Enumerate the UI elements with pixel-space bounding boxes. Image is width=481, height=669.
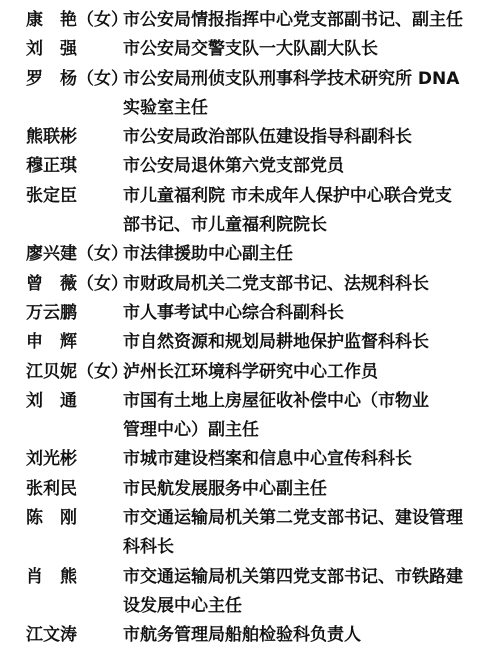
person-name: 张定臣 — [26, 182, 123, 211]
person-name: 江文涛 — [26, 621, 123, 650]
position-line: 市法律援助中心副主任 — [123, 240, 476, 269]
person-position: 市交通运输局机关第二党支部书记、建设管理科科长 — [123, 504, 476, 563]
person-position: 市民航发展服务中心副主任 — [123, 475, 476, 504]
list-item: 廖兴建（女）市法律援助中心副主任 — [26, 240, 476, 269]
position-line: 市航务管理局船舶检验科负责人 — [123, 621, 476, 650]
position-line: 市公安局政治部队伍建设指导科副科长 — [123, 123, 476, 152]
person-name: 熊联彬 — [26, 123, 123, 152]
person-name: 万云鹏 — [26, 299, 123, 328]
list-item: 陈 刚市交通运输局机关第二党支部书记、建设管理科科长 — [26, 504, 476, 563]
list-item: 万云鹏市人事考试中心综合科副科长 — [26, 299, 476, 328]
person-name: 江贝妮（女） — [26, 358, 123, 387]
list-item: 张定臣市儿童福利院 市未成年人保护中心联合党支部书记、市儿童福利院院长 — [26, 182, 476, 241]
person-position: 市财政局机关二党支部书记、法规科科长 — [123, 270, 476, 299]
person-position: 市法律援助中心副主任 — [123, 240, 476, 269]
list-item: 刘 强市公安局交警支队一大队副大队长 — [26, 35, 476, 64]
list-item: 康 艳（女）市公安局情报指挥中心党支部副书记、副主任 — [26, 6, 476, 35]
list-item: 江贝妮（女）泸州长江环境科学研究中心工作员 — [26, 358, 476, 387]
position-line: 市城市建设档案和信息中心宣传科科长 — [123, 445, 476, 474]
person-name: 陈 刚 — [26, 504, 123, 533]
person-position: 市儿童福利院 市未成年人保护中心联合党支部书记、市儿童福利院院长 — [123, 182, 476, 241]
position-line: 市公安局退休第六党支部党员 — [123, 152, 476, 181]
position-line: 实验室主任 — [123, 94, 476, 123]
person-name: 肖 熊 — [26, 563, 123, 592]
person-position: 市公安局退休第六党支部党员 — [123, 152, 476, 181]
person-position: 市人事考试中心综合科副科长 — [123, 299, 476, 328]
position-line: 市交通运输局机关第四党支部书记、市铁路建 — [123, 563, 476, 592]
person-name: 张利民 — [26, 475, 123, 504]
person-name: 罗 杨（女） — [26, 65, 123, 94]
person-name: 刘 强 — [26, 35, 123, 64]
list-item: 刘 通市国有土地上房屋征收补偿中心（市物业管理中心）副主任 — [26, 387, 476, 446]
person-position: 市公安局刑侦支队刑事科学技术研究所 DNA实验室主任 — [123, 65, 476, 124]
person-name: 康 艳（女） — [26, 6, 123, 35]
person-name: 廖兴建（女） — [26, 240, 123, 269]
position-line: 泸州长江环境科学研究中心工作员 — [123, 358, 476, 387]
list-item: 穆正琪市公安局退休第六党支部党员 — [26, 152, 476, 181]
person-position: 市航务管理局船舶检验科负责人 — [123, 621, 476, 650]
personnel-list: 康 艳（女）市公安局情报指挥中心党支部副书记、副主任刘 强市公安局交警支队一大队… — [26, 6, 476, 651]
position-line: 市财政局机关二党支部书记、法规科科长 — [123, 270, 476, 299]
position-line: 市儿童福利院 市未成年人保护中心联合党支 — [123, 182, 476, 211]
person-position: 市公安局情报指挥中心党支部副书记、副主任 — [123, 6, 476, 35]
position-line: 市公安局交警支队一大队副大队长 — [123, 35, 476, 64]
person-name: 申 辉 — [26, 328, 123, 357]
position-line: 设发展中心主任 — [123, 592, 476, 621]
position-line: 市公安局情报指挥中心党支部副书记、副主任 — [123, 6, 476, 35]
list-item: 曾 薇（女）市财政局机关二党支部书记、法规科科长 — [26, 270, 476, 299]
list-item: 罗 杨（女）市公安局刑侦支队刑事科学技术研究所 DNA实验室主任 — [26, 65, 476, 124]
person-position: 泸州长江环境科学研究中心工作员 — [123, 358, 476, 387]
position-line: 市自然资源和规划局耕地保护监督科科长 — [123, 328, 476, 357]
list-item: 申 辉市自然资源和规划局耕地保护监督科科长 — [26, 328, 476, 357]
position-line: 市交通运输局机关第二党支部书记、建设管理 — [123, 504, 476, 533]
position-line: 市公安局刑侦支队刑事科学技术研究所 DNA — [123, 65, 476, 94]
position-line: 市民航发展服务中心副主任 — [123, 475, 476, 504]
list-item: 江文涛市航务管理局船舶检验科负责人 — [26, 621, 476, 650]
list-item: 张利民市民航发展服务中心副主任 — [26, 475, 476, 504]
position-line: 管理中心）副主任 — [123, 416, 476, 445]
person-position: 市城市建设档案和信息中心宣传科科长 — [123, 445, 476, 474]
position-line: 市国有土地上房屋征收补偿中心（市物业 — [123, 387, 476, 416]
list-item: 刘光彬市城市建设档案和信息中心宣传科科长 — [26, 445, 476, 474]
person-position: 市公安局交警支队一大队副大队长 — [123, 35, 476, 64]
person-name: 曾 薇（女） — [26, 270, 123, 299]
person-name: 刘 通 — [26, 387, 123, 416]
position-line: 市人事考试中心综合科副科长 — [123, 299, 476, 328]
list-item: 肖 熊市交通运输局机关第四党支部书记、市铁路建设发展中心主任 — [26, 563, 476, 622]
position-line: 科科长 — [123, 533, 476, 562]
person-position: 市交通运输局机关第四党支部书记、市铁路建设发展中心主任 — [123, 563, 476, 622]
person-name: 刘光彬 — [26, 445, 123, 474]
person-position: 市自然资源和规划局耕地保护监督科科长 — [123, 328, 476, 357]
person-name: 穆正琪 — [26, 152, 123, 181]
person-position: 市公安局政治部队伍建设指导科副科长 — [123, 123, 476, 152]
list-item: 熊联彬市公安局政治部队伍建设指导科副科长 — [26, 123, 476, 152]
position-line: 部书记、市儿童福利院院长 — [123, 211, 476, 240]
person-position: 市国有土地上房屋征收补偿中心（市物业管理中心）副主任 — [123, 387, 476, 446]
